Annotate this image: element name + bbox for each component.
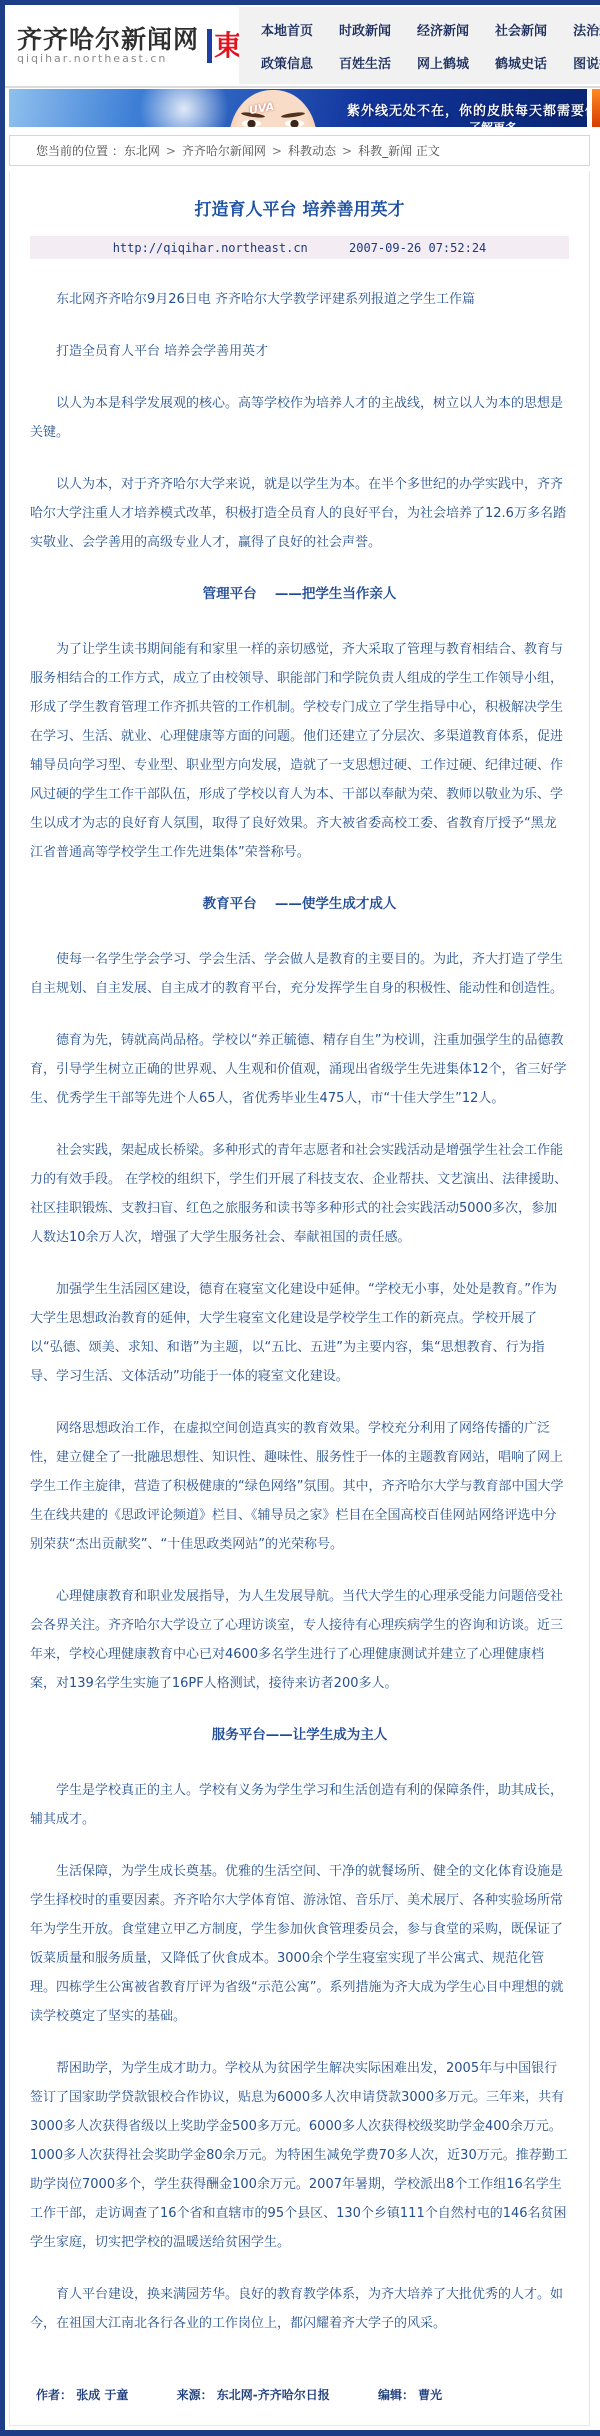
article-info-bar: http://qiqihar.northeast.cn 2007-09-26 0…: [30, 236, 569, 259]
article-datetime: 2007-09-26 07:52:24: [349, 241, 486, 255]
article-paragraph: 德育为先，铸就高尚品格。学校以“养正毓德、精存自生”为校训，注重加强学生的品德教…: [30, 1026, 569, 1113]
banner-row: UVA 紫外线无处不在，你的皮肤每天都需要保护 了解更多: [5, 89, 600, 127]
author-segment: 作者： 张成 于童: [36, 2388, 128, 2402]
article-container: 打造育人平台 培养善用英才 http://qiqihar.northeast.c…: [9, 171, 590, 2426]
logo-text: 齐齐哈尔新闻网 qiqihar.northeast.cn: [17, 27, 199, 65]
breadcrumb-separator: >: [166, 144, 176, 158]
nav-item-2-0[interactable]: 政策信息: [261, 53, 313, 72]
nav-item-1-1[interactable]: 时政新闻: [339, 20, 391, 39]
article-paragraph: 学生是学校真正的主人。学校有义务为学生学习和生活创造有利的保障条件，助其成长，辅…: [30, 1776, 569, 1834]
breadcrumb-items: 东北网>齐齐哈尔新闻网>科教动态>科教_新闻 正文: [124, 144, 440, 158]
site-url: qiqihar.northeast.cn: [17, 53, 199, 65]
article-footer: 作者： 张成 于童 来源： 东北网-齐齐哈尔日报 编辑： 曹光: [36, 2372, 569, 2419]
face-eye: [242, 120, 261, 127]
article-body: 东北网齐齐哈尔9月26日电 齐齐哈尔大学教学评建系列报道之学生工作篇打造全员育人…: [30, 285, 569, 2338]
editor-segment: 编辑： 曹光: [378, 2388, 442, 2402]
article-paragraph: 育人平台建设，换来满园芳华。良好的教育教学体系，为齐大培养了大批优秀的人才。如今…: [30, 2280, 569, 2338]
breadcrumb-item-1[interactable]: 齐齐哈尔新闻网: [182, 144, 266, 158]
article-paragraph: 心理健康教育和职业发展指导，为人生发展导航。当代大学生的心理承受能力问题倍受社会…: [30, 1582, 569, 1698]
article-title: 打造育人平台 培养善用英才: [30, 195, 569, 220]
source-name: 东北网-齐齐哈尔日报: [217, 2388, 330, 2402]
source-segment: 来源： 东北网-齐齐哈尔日报: [177, 2388, 330, 2402]
nav-row-1: 本地首页时政新闻经济新闻社会新闻法治新闻科教动态: [239, 13, 600, 46]
article-paragraph: 社会实践，架起成长桥梁。多种形式的青年志愿者和社会实践活动是增强学生社会工作能力…: [30, 1136, 569, 1252]
article-paragraph: 加强学生生活园区建设，德育在寝室文化建设中延伸。“学校无小事，处处是教育。”作为…: [30, 1275, 569, 1391]
section-heading: 教育平台 ——使学生成才成人: [30, 890, 569, 919]
article-paragraph: 以人为本是科学发展观的核心。高等学校作为培养人才的主战线，树立以人为本的思想是关…: [30, 389, 569, 447]
article-paragraph: 为了让学生读书期间能有和家里一样的亲切感觉，齐大采取了管理与教育相结合、教育与服…: [30, 635, 569, 867]
site-logo[interactable]: 齐齐哈尔新闻网 qiqihar.northeast.cn 東: [5, 5, 233, 86]
nav-item-1-0[interactable]: 本地首页: [261, 20, 313, 39]
article-paragraph: 生活保障，为学生成长奠基。优雅的生活空间、干净的就餐场所、健全的文化体育设施是学…: [30, 1857, 569, 2031]
face-eyebrow: [281, 111, 305, 118]
face-illustration: UVA: [229, 90, 317, 127]
banner-face-image: UVA: [221, 89, 325, 127]
face-eye: [285, 120, 304, 127]
banner-more-link[interactable]: 了解更多: [469, 119, 517, 127]
article-paragraph: 东北网齐齐哈尔9月26日电 齐齐哈尔大学教学评建系列报道之学生工作篇: [30, 285, 569, 314]
article-paragraph: 打造全员育人平台 培养会学善用英才: [30, 337, 569, 366]
nav-item-1-2[interactable]: 经济新闻: [417, 20, 469, 39]
nav-item-2-2[interactable]: 网上鹤城: [417, 53, 469, 72]
banner-slogan: 紫外线无处不在，你的皮肤每天都需要保护: [347, 100, 587, 119]
article-paragraph: 使每一名学生学会学习、学会生活、学会做人是教育的主要目的。为此，齐大打造了学生自…: [30, 945, 569, 1003]
main-nav: 本地首页时政新闻经济新闻社会新闻法治新闻科教动态 政策信息百姓生活网上鹤城鹤城史…: [239, 7, 600, 84]
article-paragraph: 网络思想政治工作，在虚拟空间创造真实的教育效果。学校充分利用了网络传播的广泛性，…: [30, 1414, 569, 1559]
nav-item-1-3[interactable]: 社会新闻: [495, 20, 547, 39]
breadcrumb-label: 您当前的位置 ：: [36, 144, 124, 158]
nav-item-1-4[interactable]: 法治新闻: [573, 20, 600, 39]
breadcrumb-item-2[interactable]: 科教动态: [288, 144, 336, 158]
site-header: 齐齐哈尔新闻网 qiqihar.northeast.cn 東 本地首页时政新闻经…: [5, 5, 600, 86]
breadcrumb-item-3: 科教_新闻 正文: [358, 144, 440, 158]
article-paragraph: 以人为本，对于齐齐哈尔大学来说，就是以学生为本。在半个多世纪的办学实践中，齐齐哈…: [30, 470, 569, 557]
breadcrumb-item-0[interactable]: 东北网: [124, 144, 160, 158]
banner-ad[interactable]: UVA 紫外线无处不在，你的皮肤每天都需要保护 了解更多: [9, 89, 587, 127]
breadcrumb-separator: >: [272, 144, 282, 158]
side-ad-fragment[interactable]: [592, 89, 600, 127]
breadcrumb-separator: >: [342, 144, 352, 158]
left-edge-bar: [0, 0, 5, 2436]
header-divider: [5, 86, 600, 88]
page: 齐齐哈尔新闻网 qiqihar.northeast.cn 東 本地首页时政新闻经…: [5, 5, 600, 2436]
breadcrumb: 您当前的位置 ：东北网>齐齐哈尔新闻网>科教动态>科教_新闻 正文: [9, 135, 590, 166]
nav-item-2-4[interactable]: 图说鹤城: [573, 53, 600, 72]
nav-row-2: 政策信息百姓生活网上鹤城鹤城史话图说鹤城书香飘落: [239, 46, 600, 79]
bottom-edge-bar: [5, 2430, 600, 2436]
article-source-url: http://qiqihar.northeast.cn: [113, 241, 308, 255]
section-heading: 管理平台 ——把学生当作亲人: [30, 580, 569, 609]
uva-label: UVA: [248, 100, 275, 117]
section-heading: 服务平台——让学生成为主人: [30, 1721, 569, 1750]
author-name: 张成 于童: [76, 2388, 128, 2402]
editor-name: 曹光: [418, 2388, 442, 2402]
site-name: 齐齐哈尔新闻网: [17, 27, 199, 53]
article-paragraph: 帮困助学，为学生成才助力。学校从为贫困学生解决实际困难出发，2005年与中国银行…: [30, 2054, 569, 2257]
nav-item-2-3[interactable]: 鹤城史话: [495, 53, 547, 72]
nav-item-2-1[interactable]: 百姓生活: [339, 53, 391, 72]
